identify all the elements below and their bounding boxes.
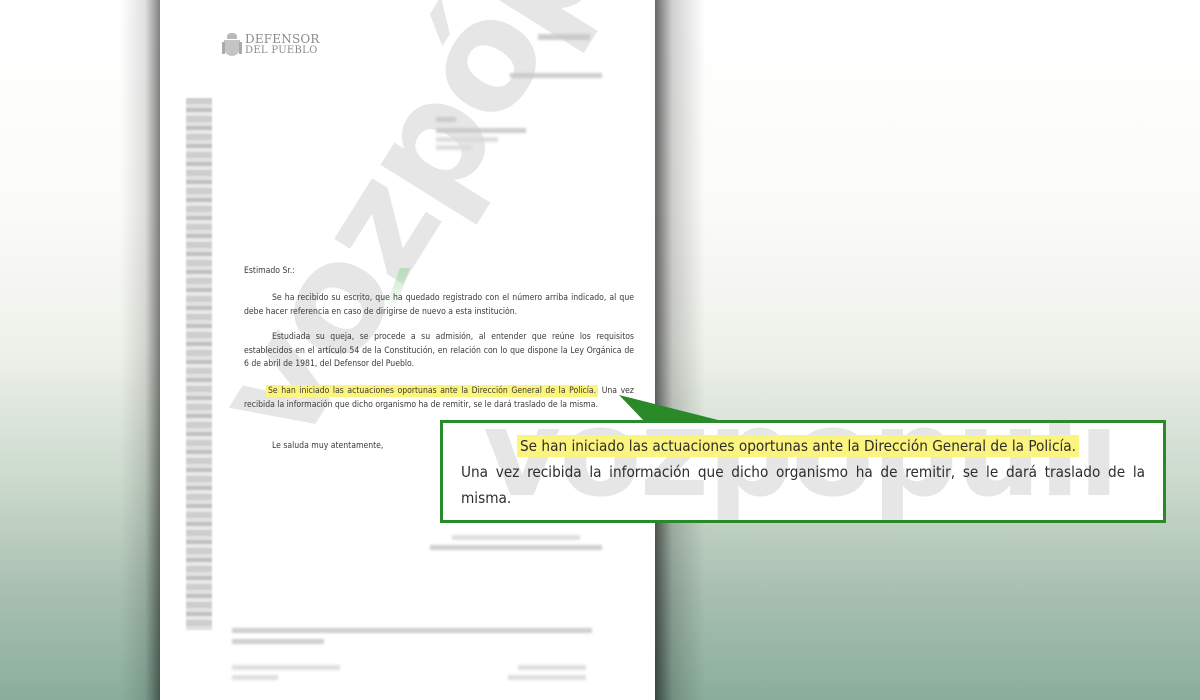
- redacted-recipient-name: [436, 128, 526, 133]
- logo-line2: DEL PUEBLO: [245, 45, 320, 56]
- redacted-recipient-address-2: [436, 145, 472, 150]
- redacted-footer-line-2: [232, 639, 324, 644]
- redacted-footer-right-2: [508, 675, 586, 680]
- redacted-footer-right-1: [518, 665, 586, 670]
- callout-continuation: Una vez recibida la información que dich…: [461, 459, 1145, 511]
- redacted-signature-1: [452, 535, 580, 540]
- page-shadow-left: [120, 0, 162, 700]
- zoomed-callout-box: vozpópuli Se han iniciado las actuacione…: [440, 420, 1166, 523]
- redacted-footer-line-1: [232, 628, 592, 633]
- redacted-footer-left-2: [232, 675, 278, 680]
- redacted-date-line: [510, 73, 602, 78]
- letter-page: vozpópuli DEFENSOR DEL PUEBLO Estimado S…: [160, 0, 655, 700]
- paragraph-1: Se ha recibido su escrito, que ha quedad…: [244, 292, 634, 319]
- paragraph-3: Se han iniciado las actuaciones oportuna…: [244, 385, 634, 412]
- redacted-footer-left-1: [232, 665, 340, 670]
- highlighted-sentence: Se han iniciado las actuaciones oportuna…: [266, 385, 598, 397]
- redacted-reference-number: [538, 34, 590, 40]
- defensor-del-pueblo-logo: DEFENSOR DEL PUEBLO: [222, 33, 320, 57]
- redacted-side-strip: [186, 98, 212, 630]
- callout-highlighted-sentence: Se han iniciado las actuaciones oportuna…: [517, 435, 1079, 457]
- redacted-signature-2: [430, 545, 602, 550]
- salutation: Estimado Sr.:: [244, 265, 634, 279]
- redacted-recipient-title: [436, 117, 456, 122]
- page-shadow-right: [655, 0, 705, 700]
- logo-line1: DEFENSOR: [245, 34, 320, 45]
- paragraph-2: Estudiada su queja, se procede a su admi…: [244, 331, 634, 372]
- redacted-recipient-address-1: [436, 137, 498, 142]
- coat-of-arms-icon: [222, 33, 242, 57]
